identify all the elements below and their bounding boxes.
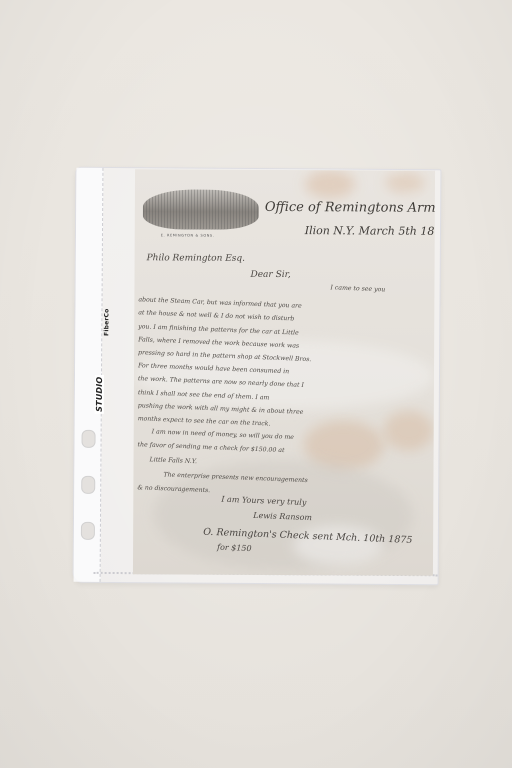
letter-page: E. REMINGTON & SONS. Office of Remington…: [133, 169, 435, 576]
salutation: Dear Sir,: [250, 270, 290, 280]
brand-label-text: STUDIO: [95, 377, 104, 412]
brand-label-studio: STUDIO: [95, 375, 104, 414]
brand-label-fiberco: FiberCo: [103, 309, 110, 336]
armory-engraving-image: [143, 189, 259, 230]
letter-body-line: about the Steam Car, but was informed th…: [138, 296, 302, 310]
letterhead-title: Office of Remingtons Armory: [265, 200, 435, 216]
docket-note-amount: for $150: [217, 543, 252, 553]
letter-body-line: months expect to see the car on the trac…: [138, 415, 271, 427]
binder-hole: [81, 476, 95, 494]
letter-body-line: I am now in need of money, so will you d…: [152, 428, 294, 441]
binder-hole: [81, 430, 95, 448]
letter-date: Ilion N.Y. March 5th 1875: [305, 224, 435, 238]
letter-body-line: I came to see you: [330, 284, 385, 293]
letter-body-line: the favor of sending me a check for $150…: [137, 442, 284, 455]
letter-body-line: you. I am finishing the patterns for the…: [138, 323, 299, 336]
engraving-caption: E. REMINGTON & SONS.: [161, 233, 215, 237]
letter-body-line: at the house & not well & I do not wish …: [138, 310, 294, 323]
brand-label-text: FiberCo: [103, 309, 110, 336]
foxing-stain: [305, 170, 355, 198]
foxing-stain: [385, 173, 425, 193]
addressee: Philo Remington Esq.: [147, 253, 246, 264]
binder-hole: [81, 522, 95, 540]
letter-body-line: Little Falls N.Y.: [149, 456, 197, 465]
foxing-stain: [384, 411, 434, 451]
